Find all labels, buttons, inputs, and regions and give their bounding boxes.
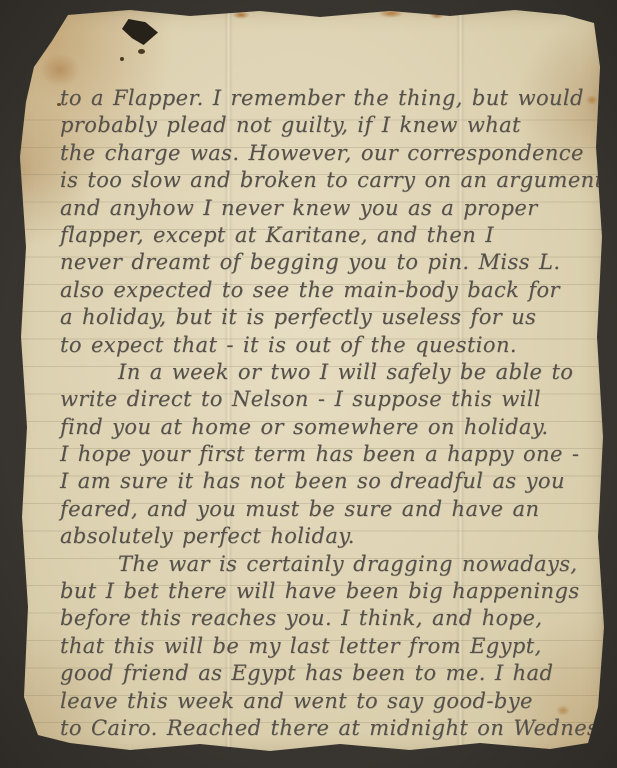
letter-line: and anyhow I never knew you as a proper <box>60 195 594 222</box>
letter-line: is too slow and broken to carry on an ar… <box>60 167 594 194</box>
letter-line: In a week or two I will safely be able t… <box>60 359 594 386</box>
paper-speck <box>120 57 124 61</box>
letter-line: also expected to see the main-body back … <box>60 277 594 304</box>
letter-line: the charge was. However, our corresponde… <box>60 140 594 167</box>
letter-line: The war is certainly dragging nowadays, <box>60 551 594 578</box>
letter-text: to a Flapper. I remember the thing, but … <box>60 85 594 742</box>
letter-line: before this reaches you. I think, and ho… <box>60 605 594 632</box>
letter-line: good friend as Egypt has been to me. I h… <box>60 660 594 687</box>
letter-line: to expect that - it is out of the questi… <box>60 332 594 359</box>
letter-line: write direct to Nelson - I suppose this … <box>60 386 594 413</box>
letter-paper: to a Flapper. I remember the thing, but … <box>10 7 606 757</box>
letter-line: to a Flapper. I remember the thing, but … <box>60 85 594 112</box>
rust-stain <box>430 12 444 19</box>
letter-line: probably plead not guilty, if I knew wha… <box>60 112 594 139</box>
letter-line: but I bet there will have been big happe… <box>60 578 594 605</box>
letter-line: I hope your first term has been a happy … <box>60 441 594 468</box>
photo-background: to a Flapper. I remember the thing, but … <box>0 0 617 768</box>
rust-stain <box>378 9 404 18</box>
letter-line: flapper, except at Karitane, and then I <box>60 222 594 249</box>
paper-speck <box>138 49 145 54</box>
letter-line: that this will be my last letter from Eg… <box>60 633 594 660</box>
letter-line: I am sure it has not been so dreadful as… <box>60 468 594 495</box>
letter-line: absolutely perfect holiday. <box>60 523 594 550</box>
letter-line: find you at home or somewhere on holiday… <box>60 414 594 441</box>
letter-line: leave this week and went to say good-bye <box>60 688 594 715</box>
letter-line: never dreamt of begging you to pin. Miss… <box>60 249 594 276</box>
letter-line: feared, and you must be sure and have an <box>60 496 594 523</box>
paper-tear-hole <box>122 19 158 45</box>
rust-stain <box>232 11 250 19</box>
letter-line: to Cairo. Reached there at midnight on W… <box>60 715 594 742</box>
corner-stain <box>40 53 80 87</box>
letter-line: a holiday, but it is perfectly useless f… <box>60 304 594 331</box>
corner-fold-crease <box>0 13 24 150</box>
